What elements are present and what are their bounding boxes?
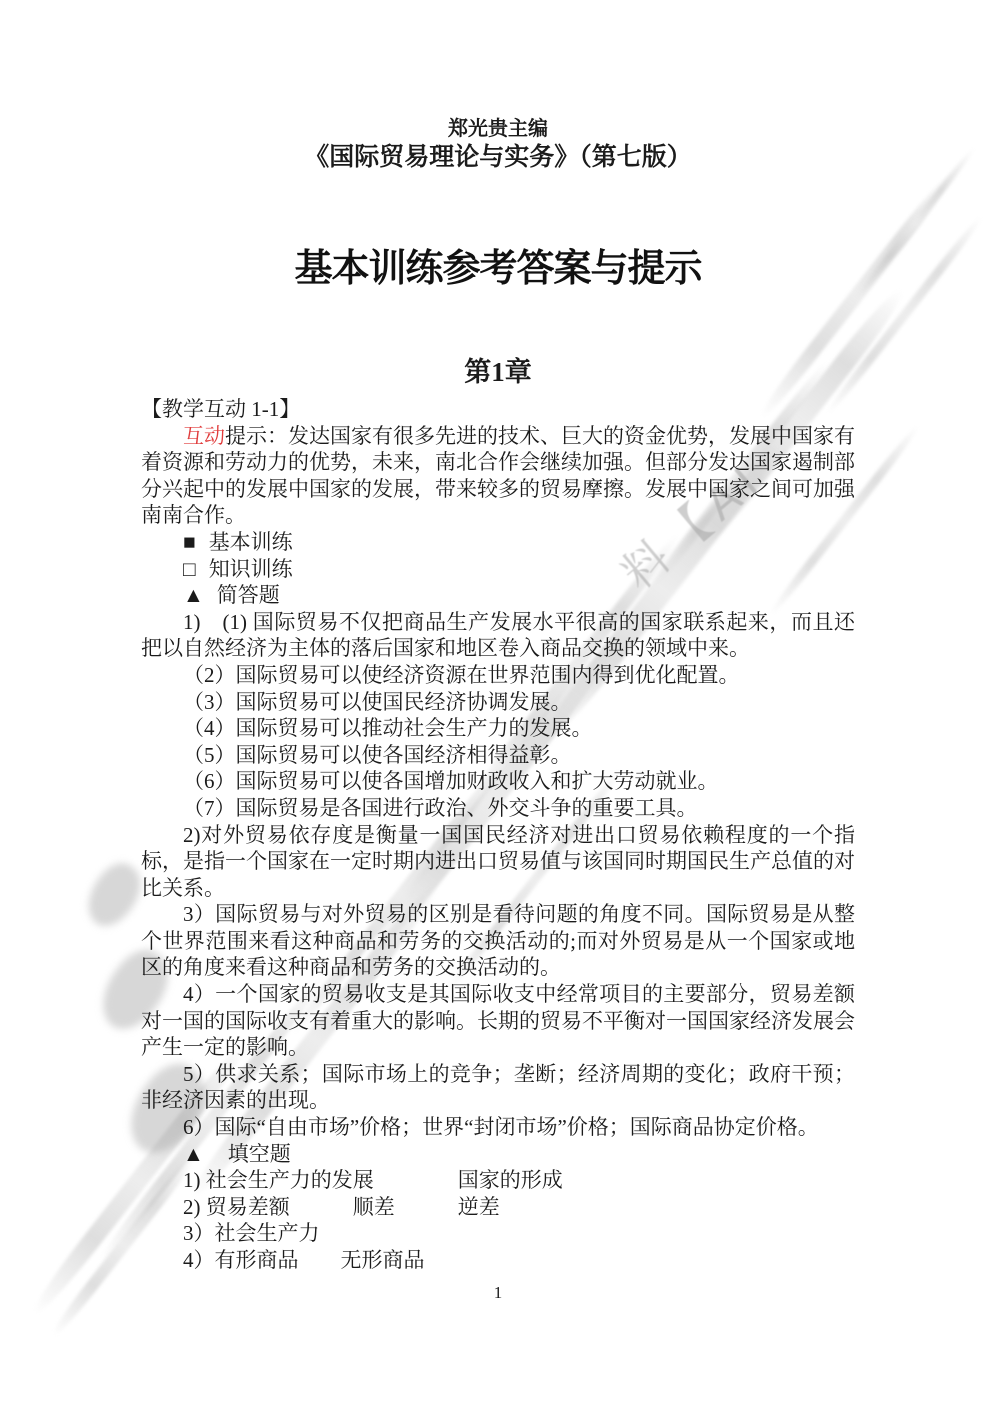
interaction-tip-paragraph: 互动提示：发达国家有很多先进的技术、巨大的资金优势，发展中国家有着资源和劳动力的… [141,423,855,529]
bullet-item-basic-training: ■基本训练 [141,529,855,556]
fill-in-item: 4）有形商品 无形商品 [141,1247,855,1274]
bullet-item-knowledge-training: □知识训练 [141,556,855,583]
interaction-header: 【教学互动 1-1】 [141,396,855,423]
bullet-label: 简答题 [217,583,280,607]
main-title: 基本训练参考答案与提示 [141,244,855,294]
bullet-item-fill-in: ▲填空题 [141,1141,855,1168]
fill-in-item: 1) 社会生产力的发展 国家的形成 [141,1167,855,1194]
answer-paragraph: 2)对外贸易依存度是衡量一国国民经济对进出口贸易依赖程度的一个指标，是指一个国家… [141,822,855,902]
answer-paragraph: （7）国际贸易是各国进行政治、外交斗争的重要工具。 [141,795,855,822]
bullet-label: 知识训练 [209,557,293,581]
tip-text: 提示：发达国家有很多先进的技术、巨大的资金优势，发展中国家有着资源和劳动力的优势… [141,424,855,528]
answer-paragraph: 4）一个国家的贸易收支是其国际收支中经常项目的主要部分，贸易差额对一国的国际收支… [141,981,855,1061]
author-line: 郑光贵主编 [141,116,855,142]
answer-paragraph: （5）国际贸易可以使各国经济相得益彰。 [141,742,855,769]
page-number: 1 [141,1282,855,1304]
answer-paragraph: 5）供求关系；国际市场上的竞争；垄断；经济周期的变化；政府干预；非经济因素的出现… [141,1061,855,1114]
answer-paragraph: （6）国际贸易可以使各国增加财政收入和扩大劳动就业。 [141,768,855,795]
chapter-title: 第1章 [141,354,855,390]
fill-in-item: 3）社会生产力 [141,1220,855,1247]
square-filled-icon: ■ [183,530,196,554]
answer-paragraph: （3）国际贸易可以使国民经济协调发展。 [141,689,855,716]
fill-in-item: 2) 贸易差额 顺差 逆差 [141,1194,855,1221]
triangle-icon: ▲ [183,583,204,607]
tip-highlight: 互动 [183,424,225,448]
answer-paragraph: 6）国际“自由市场”价格；世界“封闭市场”价格；国际商品协定价格。 [141,1114,855,1141]
answer-paragraph: （4）国际贸易可以推动社会生产力的发展。 [141,715,855,742]
answer-paragraph: （2）国际贸易可以使经济资源在世界范围内得到优化配置。 [141,662,855,689]
answer-paragraph: 3）国际贸易与对外贸易的区别是看待问题的角度不同。国际贸易是从整个世界范围来看这… [141,901,855,981]
bullet-item-short-answer: ▲简答题 [141,582,855,609]
book-title-line: 《国际贸易理论与实务》（第七版） [141,142,855,174]
page-content: 郑光贵主编 《国际贸易理论与实务》（第七版） 基本训练参考答案与提示 第1章 【… [0,0,993,1304]
document-page: 料【AI 郑光贵主编 《国际贸易理论与实务》（第七版） 基本训练参考答案与提示 … [0,0,993,1404]
bullet-label: 填空题 [228,1142,291,1166]
answer-paragraph: 1) (1) 国际贸易不仅把商品生产发展水平很高的国家联系起来，而且还把以自然经… [141,609,855,662]
bullet-label: 基本训练 [209,530,293,554]
triangle-icon: ▲ [183,1142,204,1166]
body-text: 【教学互动 1-1】 互动提示：发达国家有很多先进的技术、巨大的资金优势，发展中… [141,396,855,1274]
square-outline-icon: □ [183,557,196,581]
